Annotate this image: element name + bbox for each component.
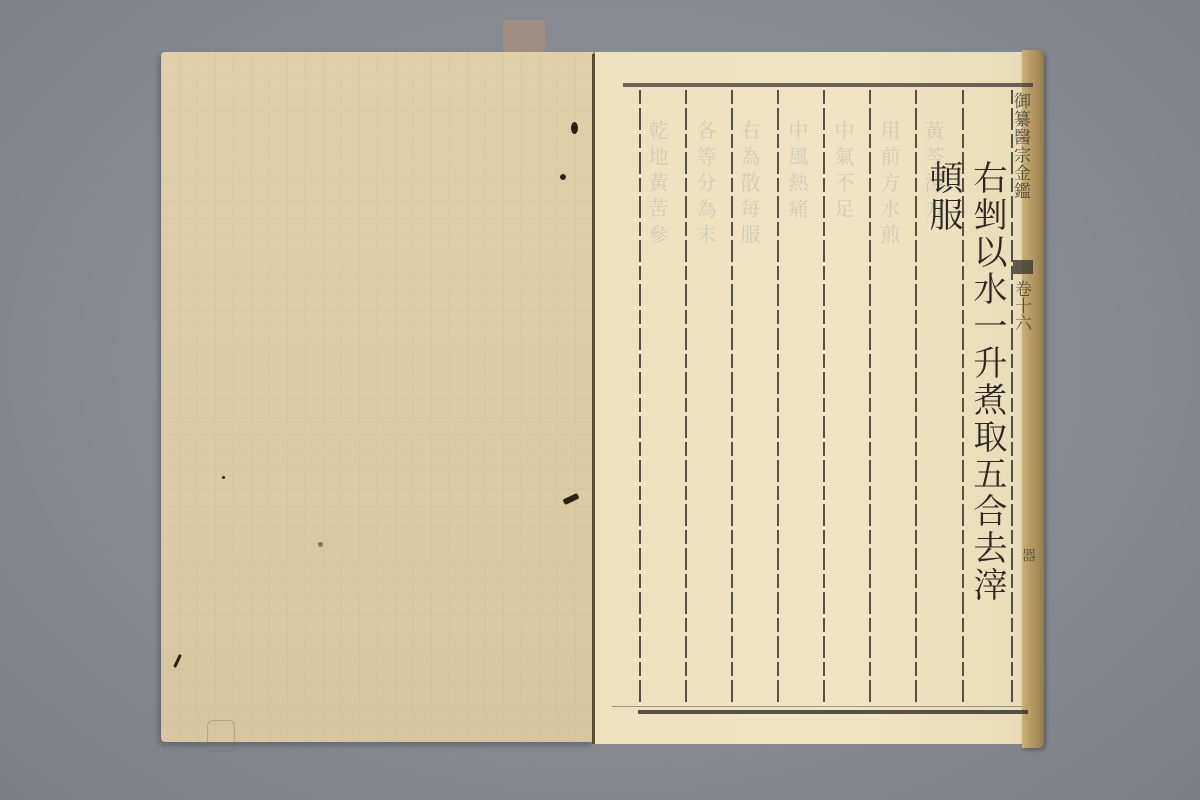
- column-rule: [915, 90, 917, 702]
- bleed-through-text: 各等分為末: [698, 120, 720, 250]
- ink-spot: [222, 476, 225, 479]
- margin-volume-number: 卷十六: [1014, 280, 1034, 331]
- margin-page-marker: 器: [1020, 548, 1038, 562]
- ink-stroke: [173, 654, 182, 668]
- main-column-text: 右剉以水一升煮取五合去滓頓服: [965, 160, 1009, 620]
- bleed-through-text: 用前方水煎: [882, 120, 904, 250]
- column-rule: [777, 90, 779, 702]
- column-rule: [823, 90, 825, 702]
- column-rule: [731, 90, 733, 702]
- ink-scribble: [562, 493, 579, 505]
- left-page-blank: [161, 52, 593, 742]
- fish-tail-mark: [1013, 260, 1033, 274]
- column-rule: [685, 90, 687, 702]
- ink-spot: [571, 122, 578, 134]
- bleed-through-text: 右為散每服: [742, 120, 764, 250]
- ink-spot: [318, 542, 323, 547]
- ink-spot: [560, 174, 566, 180]
- bottom-frame-inner-line: [612, 706, 1022, 707]
- bleed-through-text: 乾地黃苦參: [650, 120, 672, 250]
- column-rule: [639, 90, 641, 702]
- column-rule: [869, 90, 871, 702]
- margin-book-title: 御纂醫宗金鑑: [1013, 92, 1033, 200]
- bottom-frame-border: [638, 710, 1028, 714]
- bleed-through-text: 中氣不足: [836, 120, 858, 224]
- top-frame-border: [623, 83, 1033, 87]
- faint-library-stamp: [207, 720, 235, 752]
- bleed-through-text: 中風熱痛: [790, 120, 812, 224]
